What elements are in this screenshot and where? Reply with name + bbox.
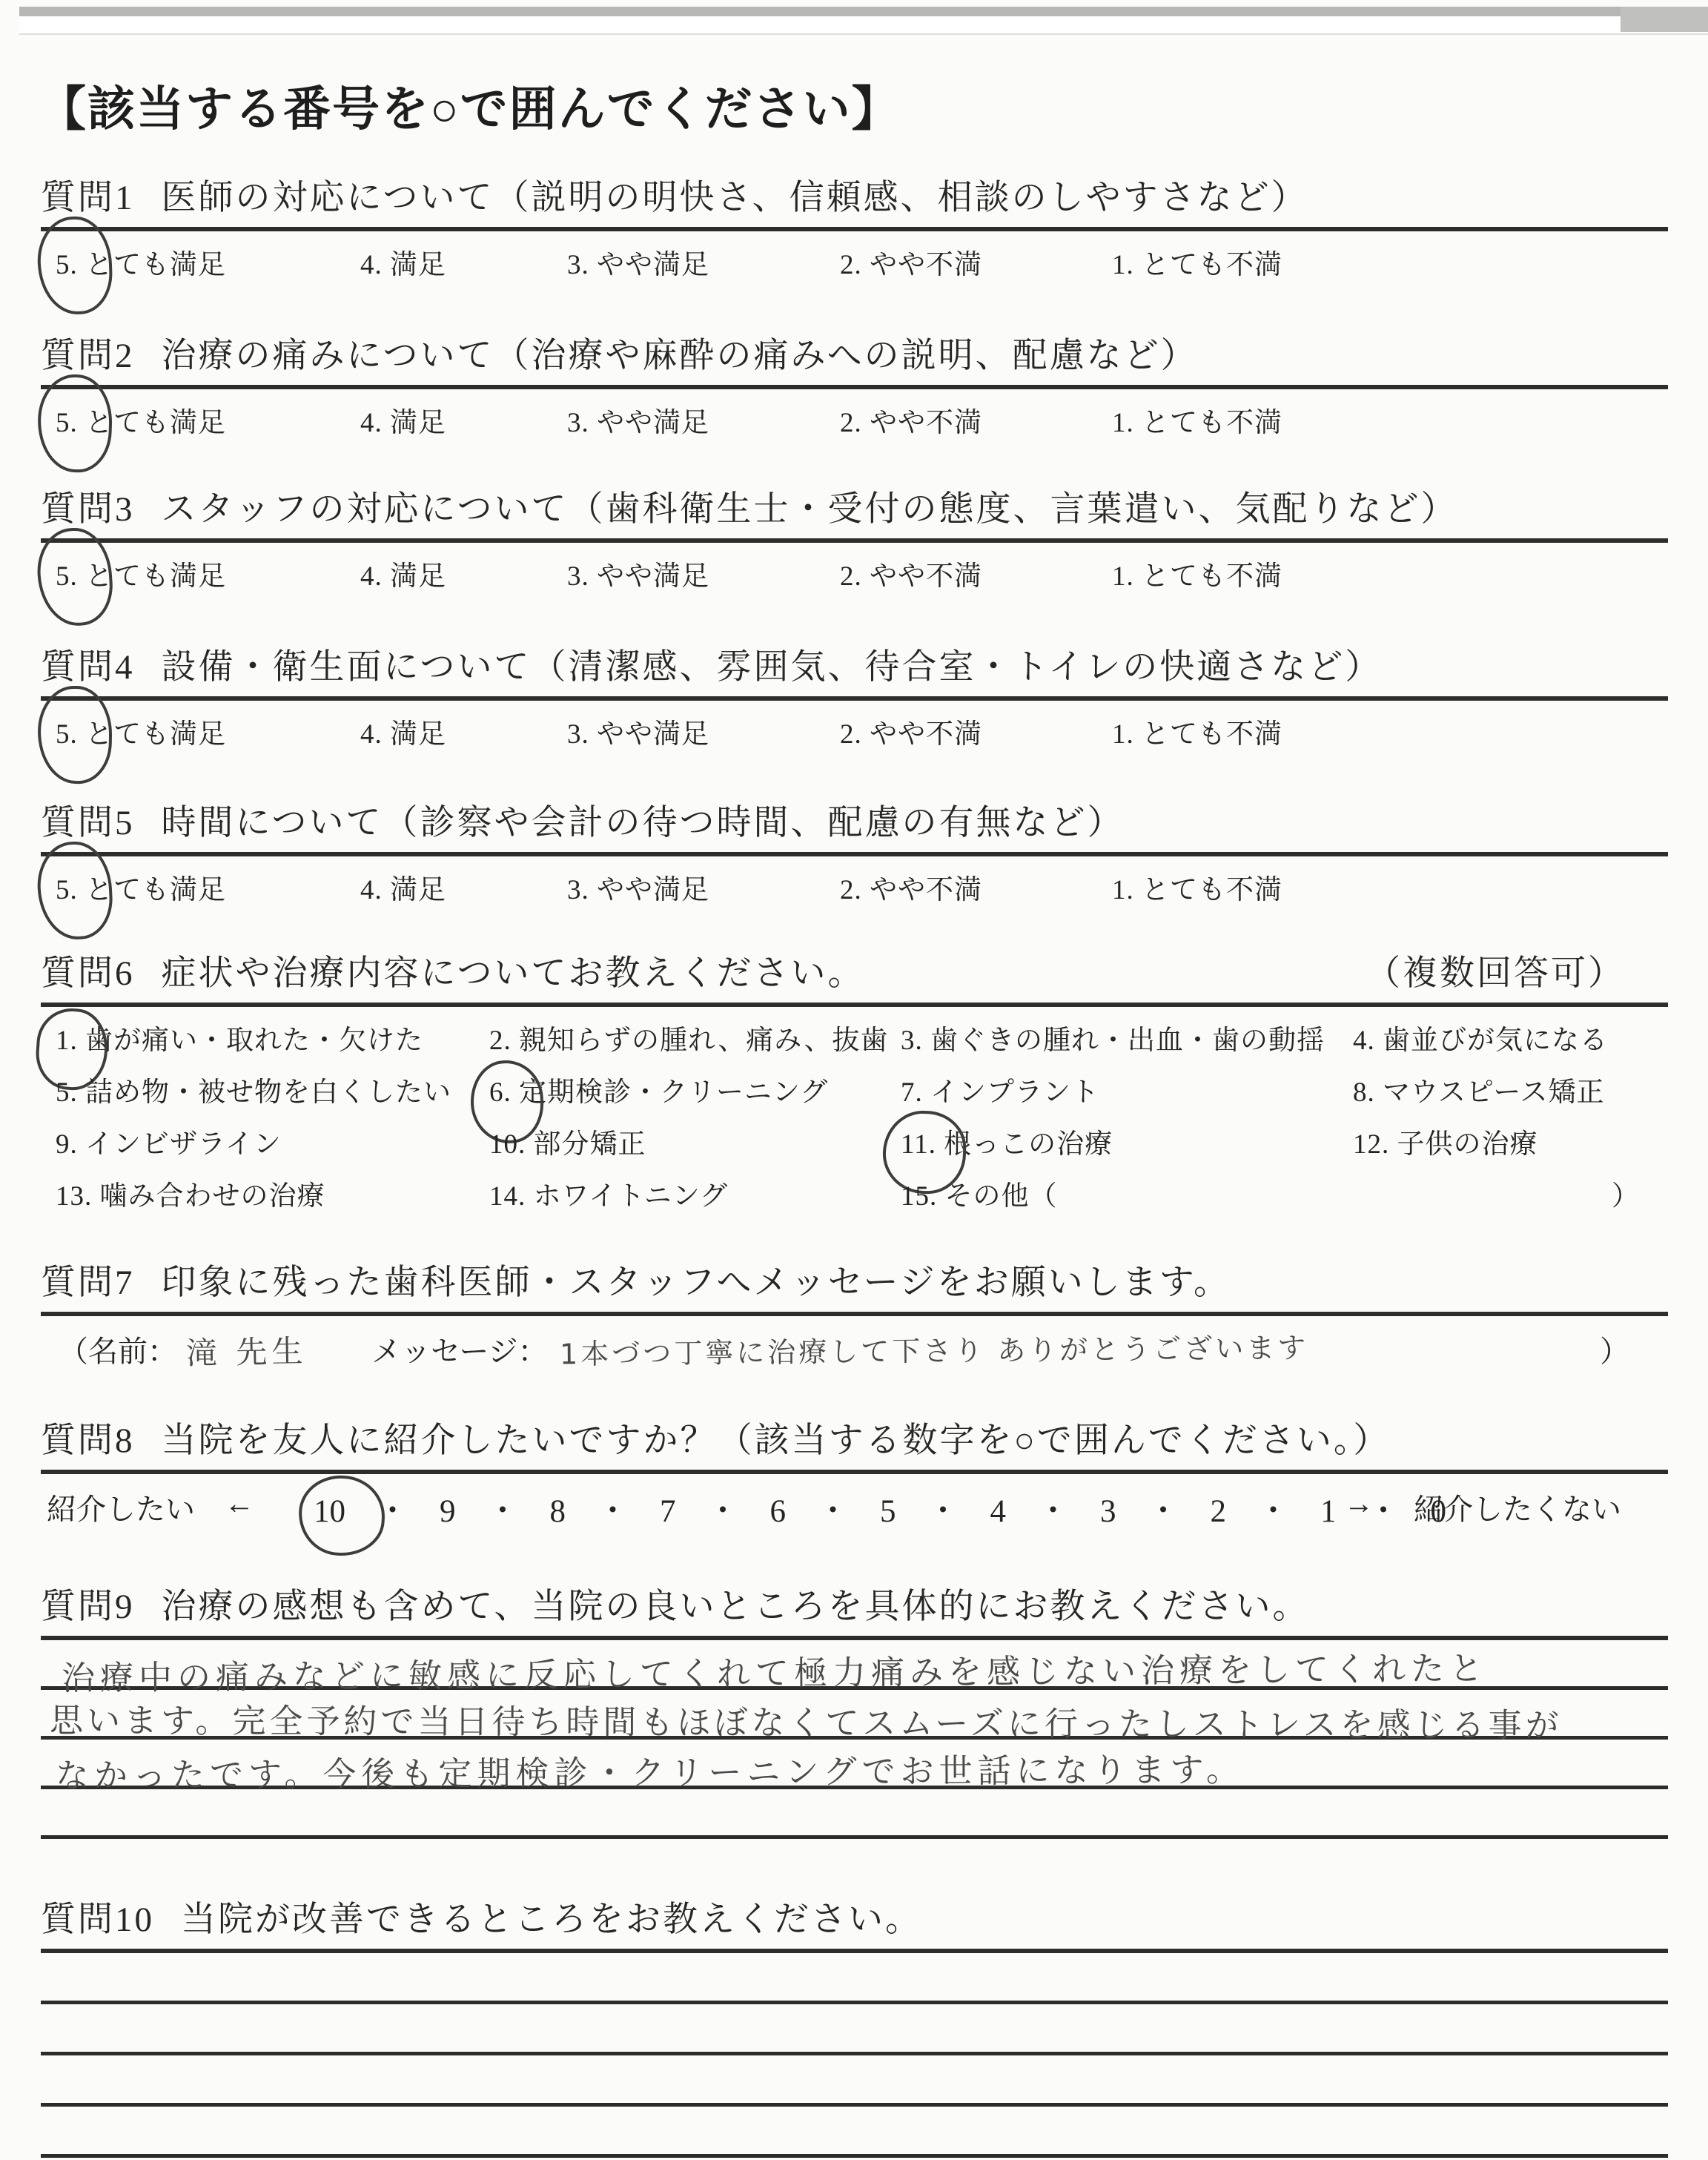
- question-block-10: 質問10当院が改善できるところをお教えください。: [41, 1900, 1668, 2158]
- divider-rule: [41, 696, 1668, 701]
- rating-option-3: 3. やや満足: [567, 242, 709, 282]
- question-6-title: 症状や治療内容についてお教えください。: [162, 954, 865, 993]
- question-block-2: 質問2治療の痛みについて（治療や麻酔の痛みへの説明、配慮など） 5. とても満足…: [41, 336, 1668, 447]
- symptom-option-8: 8. マウスピース矯正: [1353, 1069, 1605, 1109]
- scanned-survey-page: 【該当する番号を○で囲んでください】 質問1医師の対応について（説明の明快さ、信…: [0, 0, 1708, 2160]
- other-option-close-paren: ）: [1612, 1173, 1640, 1213]
- handwritten-selection-circle-5: [36, 374, 114, 474]
- rating-options-row: 5. とても満足 4. 満足 3. やや満足 2. やや不満 1. とても不満: [41, 867, 1668, 914]
- message-value-handwritten: 1本づつ丁寧に治療して下さり ありがとうございます: [560, 1325, 1309, 1373]
- rating-option-4: 4. 満足: [360, 711, 446, 751]
- scale-number-8: 8: [550, 1493, 566, 1530]
- handwritten-answer-line-2: 思います。完全予約で当日待ち時間もほぼなくてスムーズに行ったしストレスを感じる事…: [50, 1694, 1563, 1747]
- rating-options-row: 5. とても満足 4. 満足 3. やや満足 2. やや不満 1. とても不満: [41, 242, 1668, 289]
- divider-rule: [41, 852, 1668, 856]
- scale-number-1: 1: [1320, 1493, 1337, 1530]
- scale-number-6: 6: [770, 1493, 787, 1530]
- rating-option-2: 2. やや不満: [840, 242, 982, 282]
- rating-option-3: 3. やや満足: [567, 400, 709, 440]
- question-6-heading: 質問6症状や治療内容についてお教えください。 （複数回答可）: [41, 954, 1668, 994]
- question-block-1: 質問1医師の対応について（説明の明快さ、信頼感、相談のしやすさなど） 5. とて…: [41, 178, 1668, 289]
- question-8-heading: 質問8当院を友人に紹介したいですか？（該当する数字を○で囲んでください。）: [41, 1421, 1668, 1462]
- divider-rule: [41, 1312, 1668, 1316]
- rating-option-1: 1. とても不満: [1112, 242, 1282, 282]
- rating-options-row: 5. とても満足 4. 満足 3. やや満足 2. やや不満 1. とても不満: [41, 553, 1668, 601]
- question-5-heading: 質問5時間について（診察や会計の待つ時間、配慮の有無など）: [41, 803, 1668, 844]
- name-field-label: （名前：: [59, 1328, 177, 1370]
- handwritten-selection-circle-5: [37, 686, 113, 785]
- rating-option-4: 4. 満足: [360, 242, 446, 282]
- symptom-option-14: 14. ホワイトニング: [489, 1173, 728, 1213]
- rating-option-1: 1. とても不満: [1112, 711, 1282, 751]
- message-answer-row: （名前： 滝 先生 メッセージ： 1本づつ丁寧に治療して下さり ありがとうござい…: [41, 1328, 1668, 1378]
- question-10-heading: 質問10当院が改善できるところをお教えください。: [41, 1900, 1668, 1941]
- message-close-paren: ）: [1600, 1328, 1629, 1370]
- recommend-scale-row: 紹介したい ← 10 ・ 9 ・ 8 ・ 7 ・ 6 ・ 5 ・ 4 ・ 3 ・…: [41, 1486, 1668, 1536]
- rating-option-2: 2. やや不満: [840, 400, 982, 440]
- question-block-8: 質問8当院を友人に紹介したいですか？（該当する数字を○で囲んでください。） 紹介…: [41, 1421, 1668, 1536]
- symptom-option-5: 5. 詰め物・被せ物を白くしたい: [56, 1069, 451, 1109]
- question-4-title: 設備・衛生面について（清潔感、雰囲気、待合室・トイレの快適さなど）: [162, 648, 1383, 687]
- rating-options-row: 5. とても満足 4. 満足 3. やや満足 2. やや不満 1. とても不満: [41, 711, 1668, 759]
- question-block-3: 質問3スタッフの対応について（歯科衛生士・受付の態度、言葉遣い、気配りなど） 5…: [41, 489, 1668, 601]
- rating-option-1: 1. とても不満: [1112, 867, 1282, 907]
- rating-option-3: 3. やや満足: [567, 711, 709, 751]
- answer-line-3: なかったです。今後も定期検診・クリーニングでお世話になります。: [41, 1740, 1668, 1789]
- answer-line-4: [41, 2107, 1668, 2158]
- symptom-options-row-2: 5. 詰め物・被せ物を白くしたい 6. 定期検診・クリーニング 7. インプラン…: [41, 1069, 1668, 1121]
- symptom-option-4: 4. 歯並びが気になる: [1353, 1017, 1608, 1057]
- question-5-label: 質問5: [41, 804, 135, 842]
- symptom-option-2: 2. 親知らずの腫れ、痛み、抜歯: [489, 1017, 888, 1057]
- right-arrow-icon: →: [1344, 1486, 1374, 1521]
- dot-separator: ・: [487, 1486, 519, 1531]
- page-title: 【該当する番号を○で囲んでください】: [39, 71, 901, 139]
- question-2-heading: 質問2治療の痛みについて（治療や麻酔の痛みへの説明、配慮など）: [41, 336, 1668, 377]
- answer-line-2: 思います。完全予約で当日待ち時間もほぼなくてスムーズに行ったしストレスを感じる事…: [41, 1690, 1668, 1740]
- scale-number-7: 7: [660, 1493, 676, 1530]
- divider-rule: [41, 538, 1668, 543]
- scan-edge-corner: [1621, 7, 1708, 32]
- name-value-handwritten: 滝 先生: [185, 1327, 307, 1374]
- symptom-option-15: 15. その他（: [901, 1173, 1058, 1213]
- question-block-5: 質問5時間について（診察や会計の待つ時間、配慮の有無など） 5. とても満足 4…: [41, 803, 1668, 914]
- question-7-label: 質問7: [41, 1264, 135, 1302]
- dot-separator: ・: [927, 1486, 959, 1531]
- divider-rule: [41, 385, 1668, 389]
- question-3-label: 質問3: [41, 490, 135, 529]
- symptom-options-row-4: 13. 噛み合わせの治療 14. ホワイトニング 15. その他（ ）: [41, 1173, 1668, 1225]
- question-1-heading: 質問1医師の対応について（説明の明快さ、信頼感、相談のしやすさなど）: [41, 178, 1668, 219]
- divider-rule: [41, 227, 1668, 231]
- question-block-6: 質問6症状や治療内容についてお教えください。 （複数回答可） 1. 歯が痛い・取…: [41, 954, 1668, 1225]
- symptom-option-12: 12. 子供の治療: [1353, 1121, 1538, 1161]
- left-arrow-icon: ←: [225, 1486, 254, 1521]
- rating-option-4: 4. 満足: [360, 553, 446, 593]
- question-10-title: 当院が改善できるところをお教えください。: [181, 1900, 922, 1939]
- dot-separator: ・: [1148, 1486, 1179, 1531]
- symptom-option-3: 3. 歯ぐきの腫れ・出血・歯の動揺: [901, 1017, 1325, 1057]
- question-block-9: 質問9治療の感想も含めて、当院の良いところを具体的にお教えください。 治療中の痛…: [41, 1587, 1668, 1839]
- question-block-7: 質問7印象に残った歯科医師・スタッフへメッセージをお願いします。 （名前： 滝 …: [41, 1263, 1668, 1378]
- symptom-option-10: 10. 部分矯正: [489, 1121, 646, 1161]
- scan-edge-band: [19, 7, 1708, 16]
- scale-number-5: 5: [880, 1493, 896, 1530]
- question-8-label: 質問8: [41, 1421, 135, 1460]
- rating-option-1: 1. とても不満: [1112, 553, 1282, 593]
- question-1-title: 医師の対応について（説明の明快さ、信頼感、相談のしやすさなど）: [162, 179, 1308, 217]
- question-5-title: 時間について（診察や会計の待つ時間、配慮の有無など）: [162, 804, 1125, 842]
- message-field-label: メッセージ：: [371, 1328, 548, 1370]
- recommend-number-scale: 10 ・ 9 ・ 8 ・ 7 ・ 6 ・ 5 ・ 4 ・ 3 ・ 2 ・ 1 ・: [314, 1486, 1446, 1531]
- question-9-title: 治療の感想も含めて、当院の良いところを具体的にお教えください。: [162, 1588, 1310, 1626]
- answer-line-1: 治療中の痛みなどに敏感に反応してくれて極力痛みを感じない治療をしてくれたと: [41, 1640, 1668, 1690]
- symptom-options-row-1: 1. 歯が痛い・取れた・欠けた 2. 親知らずの腫れ、痛み、抜歯 3. 歯ぐきの…: [41, 1017, 1668, 1069]
- question-9-heading: 質問9治療の感想も含めて、当院の良いところを具体的にお教えください。: [41, 1587, 1668, 1628]
- scale-number-2: 2: [1211, 1493, 1227, 1530]
- symptom-option-9: 9. インビザライン: [56, 1121, 282, 1161]
- question-9-label: 質問9: [41, 1588, 135, 1626]
- symptom-option-13: 13. 噛み合わせの治療: [56, 1173, 325, 1213]
- scale-number-4: 4: [990, 1493, 1007, 1530]
- scan-edge-stripe: [19, 16, 1708, 33]
- rating-option-4: 4. 満足: [360, 867, 446, 907]
- dot-separator: ・: [707, 1486, 739, 1531]
- rating-options-row: 5. とても満足 4. 満足 3. やや満足 2. やや不満 1. とても不満: [41, 400, 1668, 447]
- question-4-label: 質問4: [41, 648, 135, 687]
- answer-line-1: [41, 1953, 1668, 2004]
- rating-option-3: 3. やや満足: [567, 553, 709, 593]
- rating-option-3: 3. やや満足: [567, 867, 709, 907]
- question-3-title: スタッフの対応について（歯科衛生士・受付の態度、言葉遣い、気配りなど）: [162, 490, 1458, 529]
- symptom-options-grid: 1. 歯が痛い・取れた・欠けた 2. 親知らずの腫れ、痛み、抜歯 3. 歯ぐきの…: [41, 1017, 1668, 1225]
- question-2-title: 治療の痛みについて（治療や麻酔の痛みへの説明、配慮など）: [162, 337, 1198, 375]
- divider-rule: [41, 1003, 1668, 1007]
- rating-option-2: 2. やや不満: [840, 553, 982, 593]
- question-1-label: 質問1: [41, 179, 135, 217]
- symptom-options-row-3: 9. インビザライン 10. 部分矯正 11. 根っこの治療 12. 子供の治療: [41, 1121, 1668, 1173]
- dot-separator: ・: [817, 1486, 849, 1531]
- scale-number-3: 3: [1100, 1493, 1116, 1530]
- rating-option-1: 1. とても不満: [1112, 400, 1282, 440]
- question-3-heading: 質問3スタッフの対応について（歯科衛生士・受付の態度、言葉遣い、気配りなど）: [41, 489, 1668, 530]
- symptom-option-1: 1. 歯が痛い・取れた・欠けた: [56, 1017, 423, 1057]
- dot-separator: ・: [597, 1486, 629, 1531]
- symptom-option-7: 7. インプラント: [901, 1069, 1099, 1109]
- multiple-answers-note: （複数回答可）: [1366, 954, 1625, 994]
- rating-option-2: 2. やや不満: [840, 867, 982, 907]
- question-block-4: 質問4設備・衛生面について（清潔感、雰囲気、待合室・トイレの快適さなど） 5. …: [41, 647, 1668, 759]
- question-8-title: 当院を友人に紹介したいですか？（該当する数字を○で囲んでください。）: [162, 1421, 1391, 1460]
- recommend-left-label: 紹介したい: [47, 1486, 195, 1528]
- question-7-heading: 質問7印象に残った歯科医師・スタッフへメッセージをお願いします。: [41, 1263, 1668, 1304]
- answer-line-3: [41, 2055, 1668, 2107]
- dot-separator: ・: [1037, 1486, 1069, 1531]
- scale-number-9: 9: [440, 1493, 456, 1530]
- answer-line-2: [41, 2004, 1668, 2055]
- question-7-title: 印象に残った歯科医師・スタッフへメッセージをお願いします。: [162, 1264, 1231, 1302]
- rating-option-4: 4. 満足: [360, 400, 446, 440]
- question-4-heading: 質問4設備・衛生面について（清潔感、雰囲気、待合室・トイレの快適さなど）: [41, 647, 1668, 688]
- rating-option-2: 2. やや不満: [840, 711, 982, 751]
- recommend-right-label: 紹介したくない: [1414, 1486, 1621, 1528]
- answer-line-4: [41, 1789, 1668, 1839]
- question-6-label: 質問6: [41, 954, 135, 993]
- dot-separator: ・: [1257, 1486, 1289, 1531]
- divider-rule: [41, 1470, 1668, 1474]
- question-10-label: 質問10: [41, 1900, 154, 1939]
- question-2-label: 質問2: [41, 337, 135, 375]
